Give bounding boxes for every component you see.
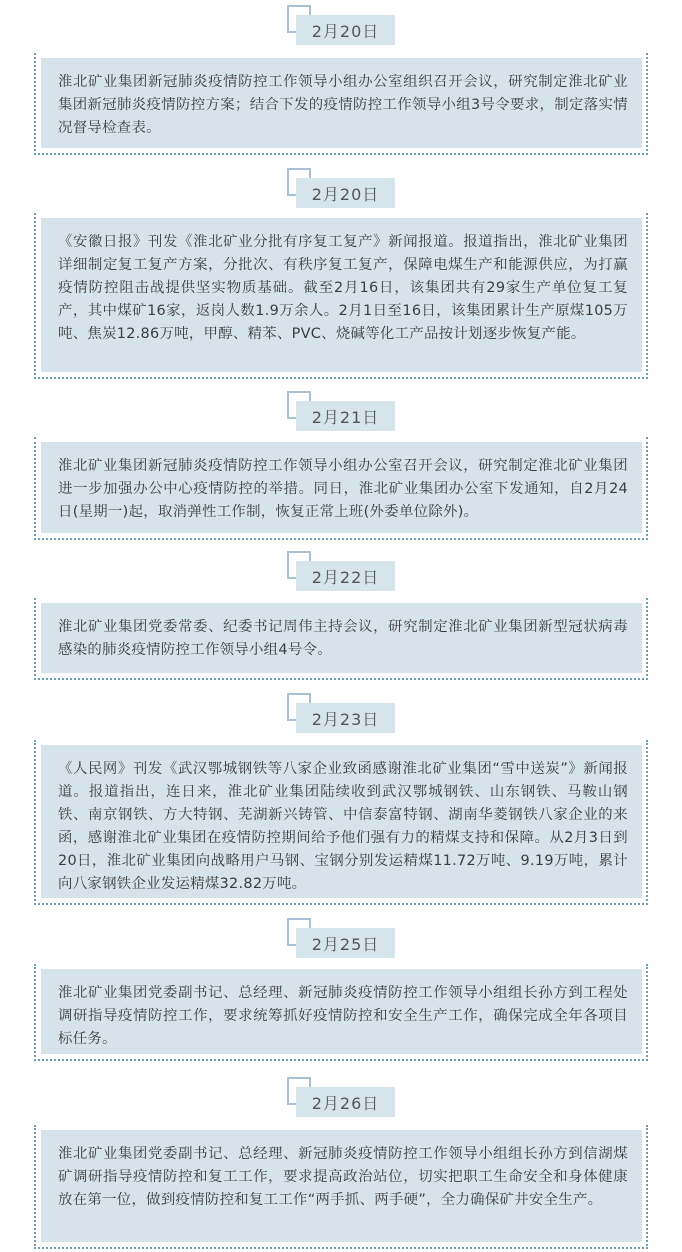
date-label: 2月20日 bbox=[296, 15, 395, 45]
entry-content-box: 淮北矿业集团党委副书记、总经理、新冠肺炎疫情防控工作领导小组组长孙方到工程处调研… bbox=[41, 969, 642, 1054]
timeline-entry-2: 《安徽日报》刊发《淮北矿业分批有序复工复产》新闻报道。报道指出，淮北矿业集团详细… bbox=[34, 213, 648, 379]
date-label: 2月21日 bbox=[296, 401, 395, 431]
entry-text: 淮北矿业集团新冠肺炎疫情防控工作领导小组办公室召开会议，研究制定淮北矿业集团进一… bbox=[58, 455, 628, 524]
entry-content-box: 淮北矿业集团党委副书记、总经理、新冠肺炎疫情防控工作领导小组组长孙方到信湖煤矿调… bbox=[41, 1130, 642, 1242]
date-badge-5: 2月23日 bbox=[287, 693, 397, 733]
entry-content-box: 淮北矿业集团新冠肺炎疫情防控工作领导小组办公室组织召开会议，研究制定淮北矿业集团… bbox=[41, 58, 642, 148]
timeline-entry-6: 淮北矿业集团党委副书记、总经理、新冠肺炎疫情防控工作领导小组组长孙方到工程处调研… bbox=[34, 964, 648, 1061]
entry-content-box: 《人民网》刊发《武汉鄂城钢铁等八家企业致函感谢淮北矿业集团“雪中送炭”》新闻报道… bbox=[41, 745, 642, 898]
entry-content-box: 淮北矿业集团新冠肺炎疫情防控工作领导小组办公室召开会议，研究制定淮北矿业集团进一… bbox=[41, 442, 642, 533]
date-label: 2月25日 bbox=[296, 928, 395, 958]
timeline-entry-7: 淮北矿业集团党委副书记、总经理、新冠肺炎疫情防控工作领导小组组长孙方到信湖煤矿调… bbox=[34, 1125, 648, 1249]
date-label: 2月22日 bbox=[296, 561, 395, 591]
timeline-entry-3: 淮北矿业集团新冠肺炎疫情防控工作领导小组办公室召开会议，研究制定淮北矿业集团进一… bbox=[34, 437, 648, 540]
date-label: 2月23日 bbox=[296, 703, 395, 733]
date-badge-3: 2月21日 bbox=[287, 391, 397, 431]
date-badge-4: 2月22日 bbox=[287, 551, 397, 591]
entry-text: 淮北矿业集团党委副书记、总经理、新冠肺炎疫情防控工作领导小组组长孙方到工程处调研… bbox=[58, 982, 628, 1051]
entry-text: 《安徽日报》刊发《淮北矿业分批有序复工复产》新闻报道。报道指出，淮北矿业集团详细… bbox=[58, 231, 628, 346]
timeline-entry-5: 《人民网》刊发《武汉鄂城钢铁等八家企业致函感谢淮北矿业集团“雪中送炭”》新闻报道… bbox=[34, 740, 648, 905]
entry-content-box: 《安徽日报》刊发《淮北矿业分批有序复工复产》新闻报道。报道指出，淮北矿业集团详细… bbox=[41, 218, 642, 372]
date-badge-6: 2月25日 bbox=[287, 918, 397, 958]
timeline-entry-4: 淮北矿业集团党委常委、纪委书记周伟主持会议，研究制定淮北矿业集团新型冠状病毒感染… bbox=[34, 598, 648, 680]
entry-text: 淮北矿业集团党委副书记、总经理、新冠肺炎疫情防控工作领导小组组长孙方到信湖煤矿调… bbox=[58, 1143, 628, 1212]
date-badge-2: 2月20日 bbox=[287, 168, 397, 208]
date-label: 2月26日 bbox=[296, 1087, 395, 1117]
entry-text: 淮北矿业集团党委常委、纪委书记周伟主持会议，研究制定淮北矿业集团新型冠状病毒感染… bbox=[58, 616, 628, 662]
entry-content-box: 淮北矿业集团党委常委、纪委书记周伟主持会议，研究制定淮北矿业集团新型冠状病毒感染… bbox=[41, 603, 642, 673]
entry-text: 《人民网》刊发《武汉鄂城钢铁等八家企业致函感谢淮北矿业集团“雪中送炭”》新闻报道… bbox=[58, 758, 628, 896]
entry-text: 淮北矿业集团新冠肺炎疫情防控工作领导小组办公室组织召开会议，研究制定淮北矿业集团… bbox=[58, 71, 628, 140]
timeline-entry-1: 淮北矿业集团新冠肺炎疫情防控工作领导小组办公室组织召开会议，研究制定淮北矿业集团… bbox=[34, 53, 648, 155]
date-label: 2月20日 bbox=[296, 178, 395, 208]
date-badge-7: 2月26日 bbox=[287, 1077, 397, 1117]
date-badge-1: 2月20日 bbox=[287, 5, 397, 45]
